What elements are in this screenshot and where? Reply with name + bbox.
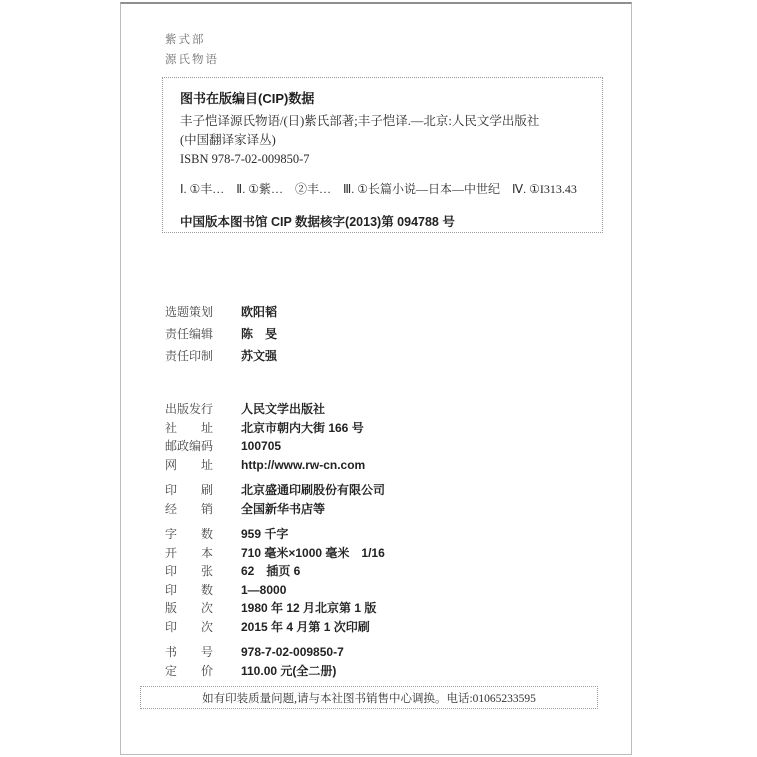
row-publisher: 出版发行 人民文学出版社 xyxy=(165,400,385,419)
cip-series: (中国翻译家译丛) xyxy=(180,131,586,150)
field-value: 陈 旻 xyxy=(241,323,277,345)
field-label: 责任印制 xyxy=(165,345,227,367)
cip-classification: Ⅰ. ①丰… Ⅱ. ①紫… ②丰… Ⅲ. ①长篇小说—日本—中世纪 Ⅳ. ①I3… xyxy=(180,180,586,197)
field-value: 978-7-02-009850-7 xyxy=(241,643,344,662)
staff-credits: 选题策划 欧阳韬 责任编辑 陈 旻 责任印制 苏文强 xyxy=(165,301,277,367)
cip-description: 丰子恺译源氏物语/(日)紫氏部著;丰子恺译.—北京:人民文学出版社 xyxy=(180,112,586,131)
cip-isbn: ISBN 978-7-02-009850-7 xyxy=(180,150,586,169)
price-group: 书 号 978-7-02-009850-7 定 价 110.00 元(全二册) xyxy=(165,643,385,680)
cip-data-box: 图书在版编目(CIP)数据 丰子恺译源氏物语/(日)紫氏部著;丰子恺译.—北京:… xyxy=(162,77,603,233)
row-print-supervisor: 责任印制 苏文强 xyxy=(165,345,277,367)
field-value: 62 插页 6 xyxy=(241,562,300,581)
field-label: 字 数 xyxy=(165,525,227,544)
scanned-page-background: 紫式部 源氏物语 图书在版编目(CIP)数据 丰子恺译源氏物语/(日)紫氏部著;… xyxy=(0,0,757,757)
copyright-page: 紫式部 源氏物语 图书在版编目(CIP)数据 丰子恺译源氏物语/(日)紫氏部著;… xyxy=(120,2,632,755)
publisher-group: 出版发行 人民文学出版社 社 址 北京市朝内大街 166 号 邮政编码 1007… xyxy=(165,400,385,474)
field-label: 版 次 xyxy=(165,599,227,618)
field-label: 印 次 xyxy=(165,618,227,637)
spec-group: 字 数 959 千字 开 本 710 毫米×1000 毫米 1/16 印 张 6… xyxy=(165,525,385,636)
row-website: 网 址 http://www.rw-cn.com xyxy=(165,456,385,475)
author-name: 紫式部 xyxy=(165,30,219,50)
field-label: 印 刷 xyxy=(165,481,227,500)
book-title: 源氏物语 xyxy=(165,50,219,70)
field-value: 959 千字 xyxy=(241,525,288,544)
field-label: 社 址 xyxy=(165,419,227,438)
field-label: 印 数 xyxy=(165,581,227,600)
field-value: 北京市朝内大街 166 号 xyxy=(241,419,364,438)
colophon: 出版发行 人民文学出版社 社 址 北京市朝内大街 166 号 邮政编码 1007… xyxy=(165,400,385,687)
printing-group: 印 刷 北京盛通印刷股份有限公司 经 销 全国新华书店等 xyxy=(165,481,385,518)
row-word-count: 字 数 959 千字 xyxy=(165,525,385,544)
field-label: 网 址 xyxy=(165,456,227,475)
field-value: 110.00 元(全二册) xyxy=(241,662,336,681)
field-value: 全国新华书店等 xyxy=(241,500,325,519)
row-address: 社 址 北京市朝内大街 166 号 xyxy=(165,419,385,438)
field-value: 100705 xyxy=(241,437,281,456)
field-value: 2015 年 4 月第 1 次印刷 xyxy=(241,618,370,637)
field-value: 欧阳韬 xyxy=(241,301,277,323)
row-edition: 版 次 1980 年 12 月北京第 1 版 xyxy=(165,599,385,618)
row-postcode: 邮政编码 100705 xyxy=(165,437,385,456)
field-value: 苏文强 xyxy=(241,345,277,367)
field-value: 人民文学出版社 xyxy=(241,400,325,419)
field-value: 1—8000 xyxy=(241,581,286,600)
row-printer: 印 刷 北京盛通印刷股份有限公司 xyxy=(165,481,385,500)
field-label: 邮政编码 xyxy=(165,437,227,456)
field-value: 北京盛通印刷股份有限公司 xyxy=(241,481,385,500)
row-format: 开 本 710 毫米×1000 毫米 1/16 xyxy=(165,544,385,563)
row-editor: 责任编辑 陈 旻 xyxy=(165,323,277,345)
field-label: 经 销 xyxy=(165,500,227,519)
row-topic-planner: 选题策划 欧阳韬 xyxy=(165,301,277,323)
field-label: 书 号 xyxy=(165,643,227,662)
field-value: 710 毫米×1000 毫米 1/16 xyxy=(241,544,385,563)
field-label: 印 张 xyxy=(165,562,227,581)
field-value: 1980 年 12 月北京第 1 版 xyxy=(241,599,376,618)
field-label: 出版发行 xyxy=(165,400,227,419)
field-label: 开 本 xyxy=(165,544,227,563)
field-label: 选题策划 xyxy=(165,301,227,323)
row-book-number: 书 号 978-7-02-009850-7 xyxy=(165,643,385,662)
field-label: 定 价 xyxy=(165,662,227,681)
cip-registry-number: 中国版本图书馆 CIP 数据核字(2013)第 094788 号 xyxy=(180,212,586,230)
field-label: 责任编辑 xyxy=(165,323,227,345)
row-impression: 印 次 2015 年 4 月第 1 次印刷 xyxy=(165,618,385,637)
row-distributor: 经 销 全国新华书店等 xyxy=(165,500,385,519)
row-print-run: 印 数 1—8000 xyxy=(165,581,385,600)
row-sheets: 印 张 62 插页 6 xyxy=(165,562,385,581)
field-value: http://www.rw-cn.com xyxy=(241,456,365,475)
book-header: 紫式部 源氏物语 xyxy=(165,30,219,70)
cip-title: 图书在版编目(CIP)数据 xyxy=(180,88,586,107)
row-price: 定 价 110.00 元(全二册) xyxy=(165,662,385,681)
quality-notice: 如有印装质量问题,请与本社图书销售中心调换。电话:01065233595 xyxy=(140,686,598,709)
